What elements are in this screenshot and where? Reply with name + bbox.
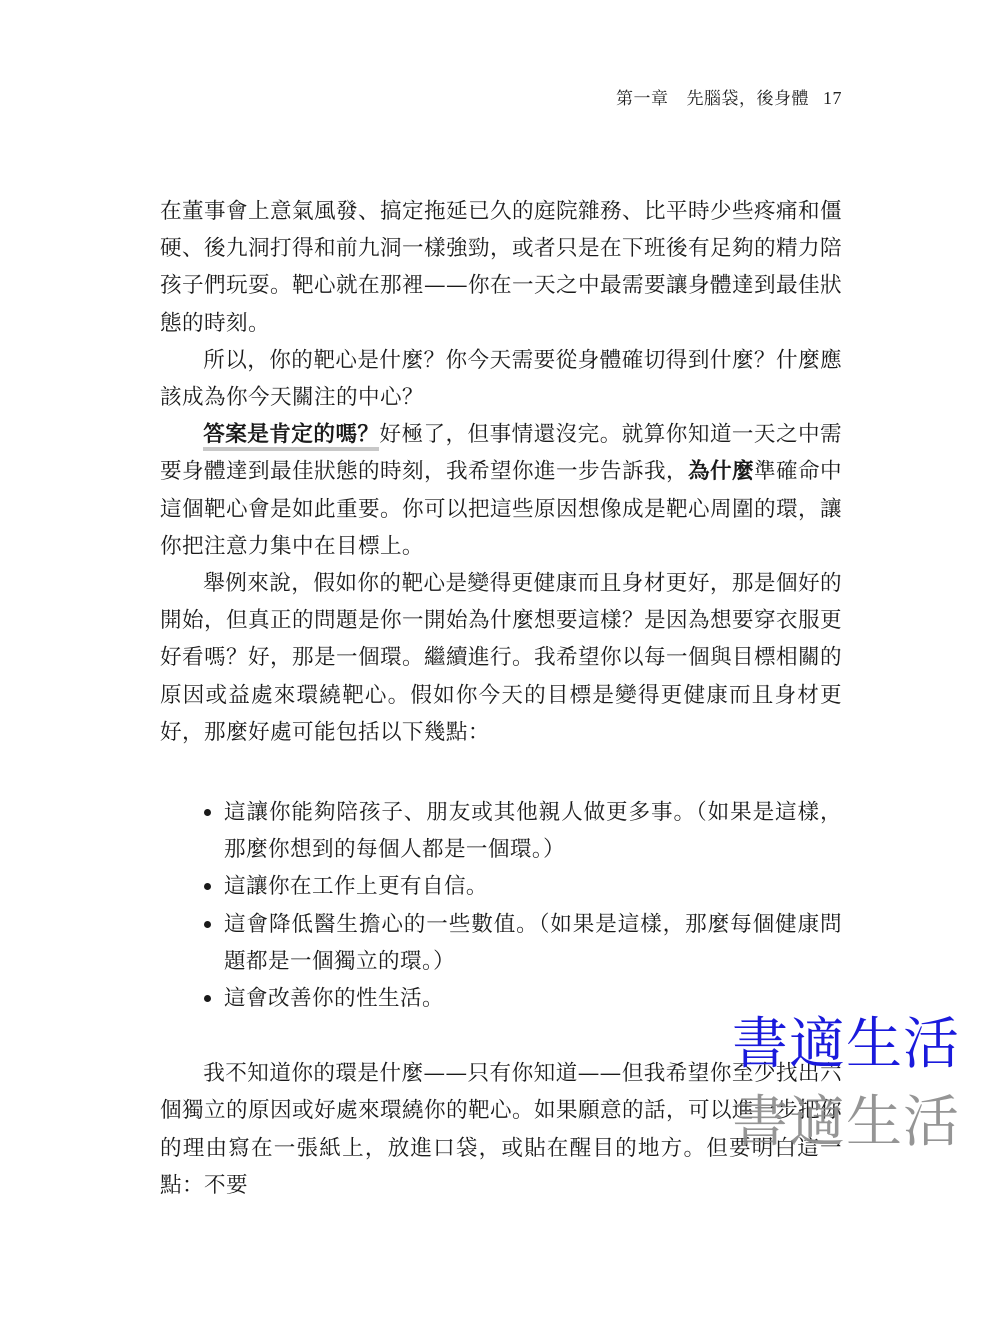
bullet-icon <box>204 995 211 1002</box>
list-item: 這讓你在工作上更有自信。 <box>224 868 842 905</box>
paragraph-2: 所以，你的靶心是什麼？你今天需要從身體確切得到什麼？什麼應該成為你今天關注的中心… <box>160 342 842 416</box>
list-item-text: 這讓你在工作上更有自信。 <box>224 874 488 899</box>
list-item: 這會降低醫生擔心的一些數值。（如果是這樣，那麼每個健康問題都是一個獨立的環。） <box>224 906 842 980</box>
benefits-list: 這讓你能夠陪孩子、朋友或其他親人做更多事。（如果是這樣，那麼你想到的每個人都是一… <box>160 794 842 1017</box>
bullet-icon <box>204 809 211 816</box>
bullet-icon <box>204 921 211 928</box>
bold-emphasis-why: 為什麼 <box>688 459 754 484</box>
watermark-secondary: 書適生活 <box>732 1078 960 1158</box>
paragraph-3: 答案是肯定的嗎？好極了，但事情還沒完。就算你知道一天之中需要身體達到最佳狀態的時… <box>160 416 842 565</box>
list-item: 這讓你能夠陪孩子、朋友或其他親人做更多事。（如果是這樣，那麼你想到的每個人都是一… <box>224 794 842 868</box>
bullet-icon <box>204 883 211 890</box>
bold-lead-phrase: 答案是肯定的嗎？ <box>203 422 379 451</box>
chapter-label: 第一章 <box>616 89 669 109</box>
running-header: 第一章先腦袋，後身體17 <box>616 84 842 109</box>
watermark-primary: 書適生活 <box>732 1000 960 1080</box>
paragraph-1: 在董事會上意氣風發、搞定拖延已久的庭院雜務、比平時少些疼痛和僵硬、後九洞打得和前… <box>160 193 842 342</box>
page-number: 17 <box>823 88 842 108</box>
paragraph-4: 舉例來說，假如你的靶心是變得更健康而且身材更好，那是個好的開始，但真正的問題是你… <box>160 565 842 751</box>
list-item-text: 這會降低醫生擔心的一些數值。（如果是這樣，那麼每個健康問題都是一個獨立的環。） <box>224 912 842 974</box>
spacer <box>160 751 842 794</box>
list-item-text: 這會改善你的性生活。 <box>224 986 444 1011</box>
list-item-text: 這讓你能夠陪孩子、朋友或其他親人做更多事。（如果是這樣，那麼你想到的每個人都是一… <box>224 800 842 862</box>
chapter-title: 先腦袋，後身體 <box>687 89 810 109</box>
